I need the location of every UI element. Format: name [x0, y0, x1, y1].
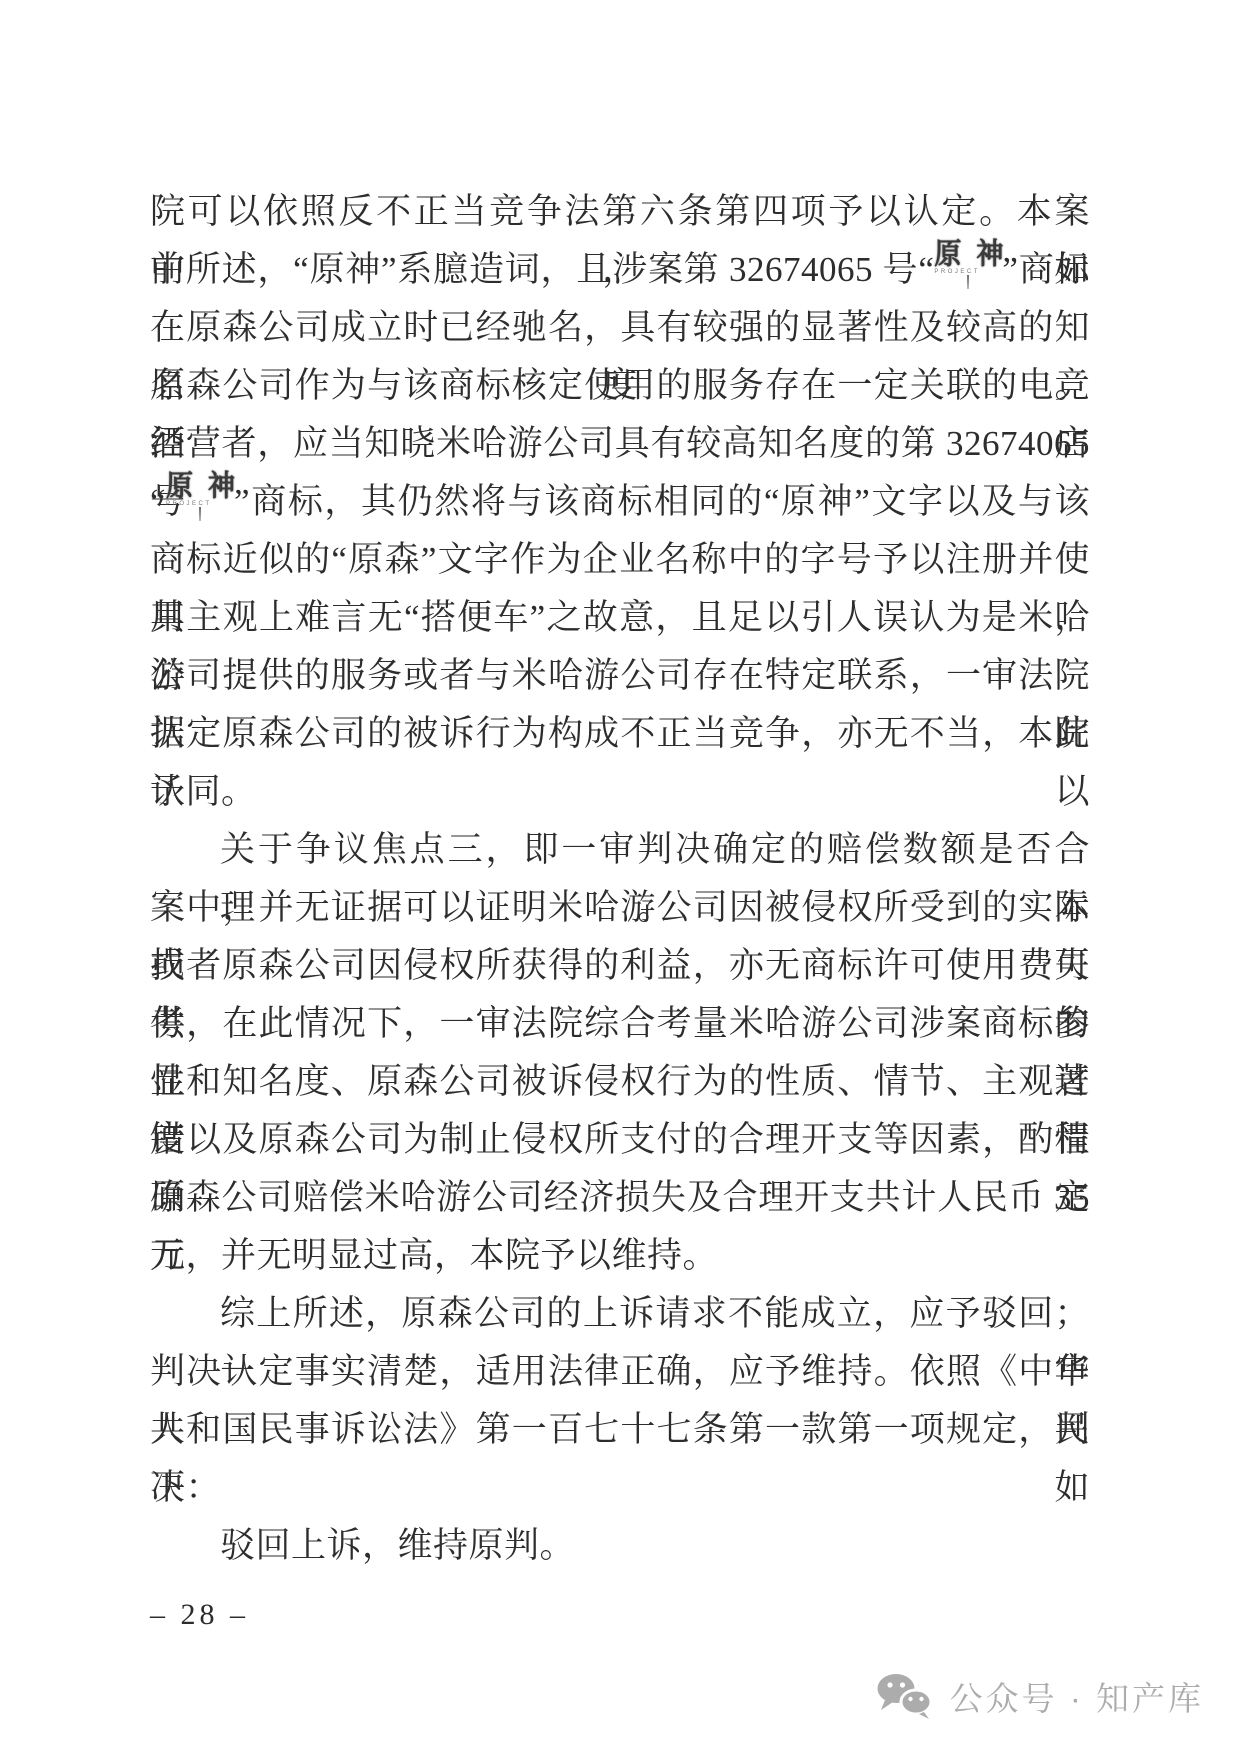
text-line: 认定原森公司的被诉行为构成不正当竞争，亦无不当，本院予以: [150, 705, 1090, 763]
text-line: 综上所述，原森公司的上诉请求不能成立，应予驳回；一审: [150, 1285, 1090, 1343]
text-run: 元，并无明显过高，本院予以维持。: [150, 1236, 718, 1275]
text-line: 考，在此情况下，一审法院综合考量米哈游公司涉案商标的显著: [150, 995, 1090, 1053]
text-run: 共和国民事诉讼法》第一百七十七条第一款第一项规定，判决如: [150, 1410, 1090, 1507]
text-run: 认同。: [150, 772, 257, 811]
text-run: 前所述，“原神”系臆造词，且涉案第 32674065 号“: [150, 250, 934, 289]
text-line: “原神PROJECT”商标，其仍然将与该商标相同的“原神”文字以及与该: [150, 473, 1090, 531]
text-line: 关于争议焦点三，即一审判决确定的赔偿数额是否合理。本: [150, 821, 1090, 879]
page-number: – 28 –: [150, 1598, 249, 1632]
text-line: 其主观上难言无“搭便车”之故意，且足以引人误认为是米哈游: [150, 589, 1090, 647]
text-line: 或者原森公司因侵权所获得的利益，亦无商标许可使用费可供参: [150, 937, 1090, 995]
text-run: 下：: [150, 1468, 221, 1507]
text-line: 商标近似的“原森”文字作为企业名称中的字号予以注册并使用，: [150, 531, 1090, 589]
text-line: 度以及原森公司为制止侵权所支付的合理开支等因素，酌情确定: [150, 1111, 1090, 1169]
text-line: 在原森公司成立时已经驰名，具有较强的显著性及较高的知名度。: [150, 299, 1090, 357]
text-line: 元，并无明显过高，本院予以维持。: [150, 1227, 1090, 1285]
text-run: ”商标: [1002, 250, 1090, 289]
text-line: 前所述，“原神”系臆造词，且涉案第 32674065 号“原神PROJECT”商…: [150, 241, 1090, 299]
text-line: 共和国民事诉讼法》第一百七十七条第一款第一项规定，判决如: [150, 1401, 1090, 1459]
genshin-logo-sword-spike: [967, 275, 969, 289]
genshin-trademark-logo: 原神PROJECT: [934, 241, 1002, 275]
genshin-logo-text: 原神: [934, 240, 1002, 269]
text-line: 公司提供的服务或者与米哈游公司存在特定联系，一审法院据此: [150, 647, 1090, 705]
genshin-logo-text: 原神: [166, 472, 234, 501]
document-body: 院可以依照反不正当竞争法第六条第四项予以认定。本案中，如前所述，“原神”系臆造词…: [150, 183, 1090, 1575]
text-run: “: [150, 482, 166, 521]
text-line: 案中，并无证据可以证明米哈游公司因被侵权所受到的实际损失: [150, 879, 1090, 937]
text-line: 驳回上诉，维持原判。: [150, 1517, 1090, 1575]
text-line: 性和知名度、原森公司被诉侵权行为的性质、情节、主观过错程: [150, 1053, 1090, 1111]
genshin-trademark-logo: 原神PROJECT: [166, 473, 234, 507]
text-run: 驳回上诉，维持原判。: [220, 1526, 575, 1565]
watermark-footer: 公众号 · 知产库: [876, 1672, 1204, 1720]
judgment-page: 院可以依照反不正当竞争法第六条第四项予以认定。本案中，如前所述，“原神”系臆造词…: [0, 0, 1240, 1754]
genshin-logo-sword-spike: [199, 507, 201, 521]
text-line: 原森公司作为与该商标核定使用的服务存在一定关联的电竞酒店: [150, 357, 1090, 415]
text-line: 原森公司赔偿米哈游公司经济损失及合理开支共计人民币 35 万: [150, 1169, 1090, 1227]
wechat-icon: [876, 1672, 934, 1720]
text-line: 判决认定事实清楚，适用法律正确，应予维持。依照《中华人民: [150, 1343, 1090, 1401]
text-line: 经营者，应当知晓米哈游公司具有较高知名度的第 32674065 号: [150, 415, 1090, 473]
text-run: ”商标，其仍然将与该商标相同的“原神”文字以及与该: [234, 482, 1090, 521]
text-run: 认定原森公司的被诉行为构成不正当竞争，亦无不当，本院予以: [150, 714, 1090, 811]
text-line: 院可以依照反不正当竞争法第六条第四项予以认定。本案中，如: [150, 183, 1090, 241]
watermark-label: 公众号 · 知产库: [950, 1673, 1204, 1720]
